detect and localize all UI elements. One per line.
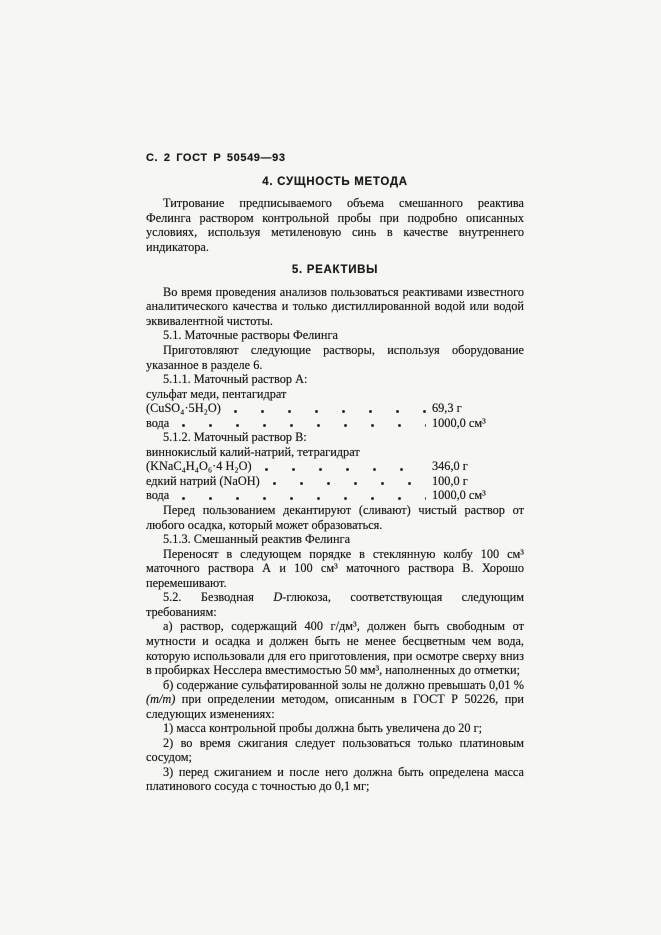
mixing-paragraph: Переносят в следующем порядке в стеклянн… — [146, 547, 524, 591]
clause-5-1-note: Приготовляют следующие растворы, использ… — [146, 343, 524, 372]
reagent-label: вода — [146, 488, 169, 503]
reagent-row: (CuSO₄·5H₂O) 69,3 г — [146, 401, 524, 416]
reagent-label: (KNaC₄H₄O₆·4 H₂O) — [146, 459, 252, 474]
reagent-label: едкий натрий (NaOH) — [146, 474, 260, 489]
clause-5-1-2: 5.1.2. Маточный раствор В: — [146, 430, 524, 445]
reagent-value: 69,3 г — [432, 401, 524, 416]
d-glucose-letter: D — [273, 590, 282, 604]
item-b-pre: б) содержание сульфатированной золы не д… — [163, 678, 524, 692]
section-5-heading: 5. РЕАКТИВЫ — [146, 263, 524, 278]
clause-5-2-pre: 5.2. Безводная — [163, 590, 273, 604]
clause-5-2: 5.2. Безводная D-глюкоза, соответствующа… — [146, 590, 524, 619]
item-b-sub-1: 1) масса контрольной пробы должна быть у… — [146, 721, 524, 736]
clause-5-1-1: 5.1.1. Маточный раствор А: — [146, 372, 524, 387]
section-4-heading: 4. СУЩНОСТЬ МЕТОДА — [146, 175, 524, 190]
reagent-row: вода 1000,0 см³ — [146, 488, 524, 503]
reagent-label: (CuSO₄·5H₂O) — [146, 401, 221, 416]
item-b-sub-3: 3) перед сжиганием и после него должна б… — [146, 765, 524, 794]
dot-leader — [181, 496, 426, 501]
reagent-label: вода — [146, 416, 169, 431]
reagent-row: (KNaC₄H₄O₆·4 H₂O) 346,0 г — [146, 459, 524, 474]
section-5-intro: Во время проведения анализов пользоватьс… — [146, 285, 524, 329]
running-header: С. 2 ГОСТ Р 50549—93 — [146, 151, 524, 166]
reagent-row: вода 1000,0 см³ — [146, 416, 524, 431]
dot-leader — [272, 481, 426, 486]
decant-note: Перед пользованием декантируют (сливают)… — [146, 503, 524, 532]
item-a: а) раствор, содержащий 400 г/дм³, должен… — [146, 619, 524, 677]
dot-leader — [181, 423, 426, 428]
solution-a-substance: сульфат меди, пентагидрат — [146, 387, 524, 402]
item-b-post: при определении методом, описанным в ГОС… — [146, 692, 524, 721]
reagent-value: 1000,0 см³ — [432, 416, 524, 431]
clause-5-1-3: 5.1.3. Смешанный реактив Фелинга — [146, 532, 524, 547]
clause-5-1: 5.1. Маточные растворы Фелинга — [146, 328, 524, 343]
text-column: С. 2 ГОСТ Р 50549—93 4. СУЩНОСТЬ МЕТОДА … — [146, 151, 524, 794]
dot-leader — [264, 467, 426, 472]
solution-b-substance: виннокислый калий-натрий, тетрагидрат — [146, 445, 524, 460]
section-4-paragraph: Титрование предписываемого объема смешан… — [146, 196, 524, 254]
reagent-value: 1000,0 см³ — [432, 488, 524, 503]
item-b: б) содержание сульфатированной золы не д… — [146, 678, 524, 722]
reagent-row: едкий натрий (NaOH) 100,0 г — [146, 474, 524, 489]
reagent-value: 346,0 г — [432, 459, 524, 474]
dot-leader — [233, 409, 426, 414]
reagent-value: 100,0 г — [432, 474, 524, 489]
document-page: С. 2 ГОСТ Р 50549—93 4. СУЩНОСТЬ МЕТОДА … — [0, 0, 661, 935]
mass-fraction-notation: (m/m) — [146, 692, 175, 706]
item-b-sub-2: 2) во время сжигания следует пользоватьс… — [146, 736, 524, 765]
